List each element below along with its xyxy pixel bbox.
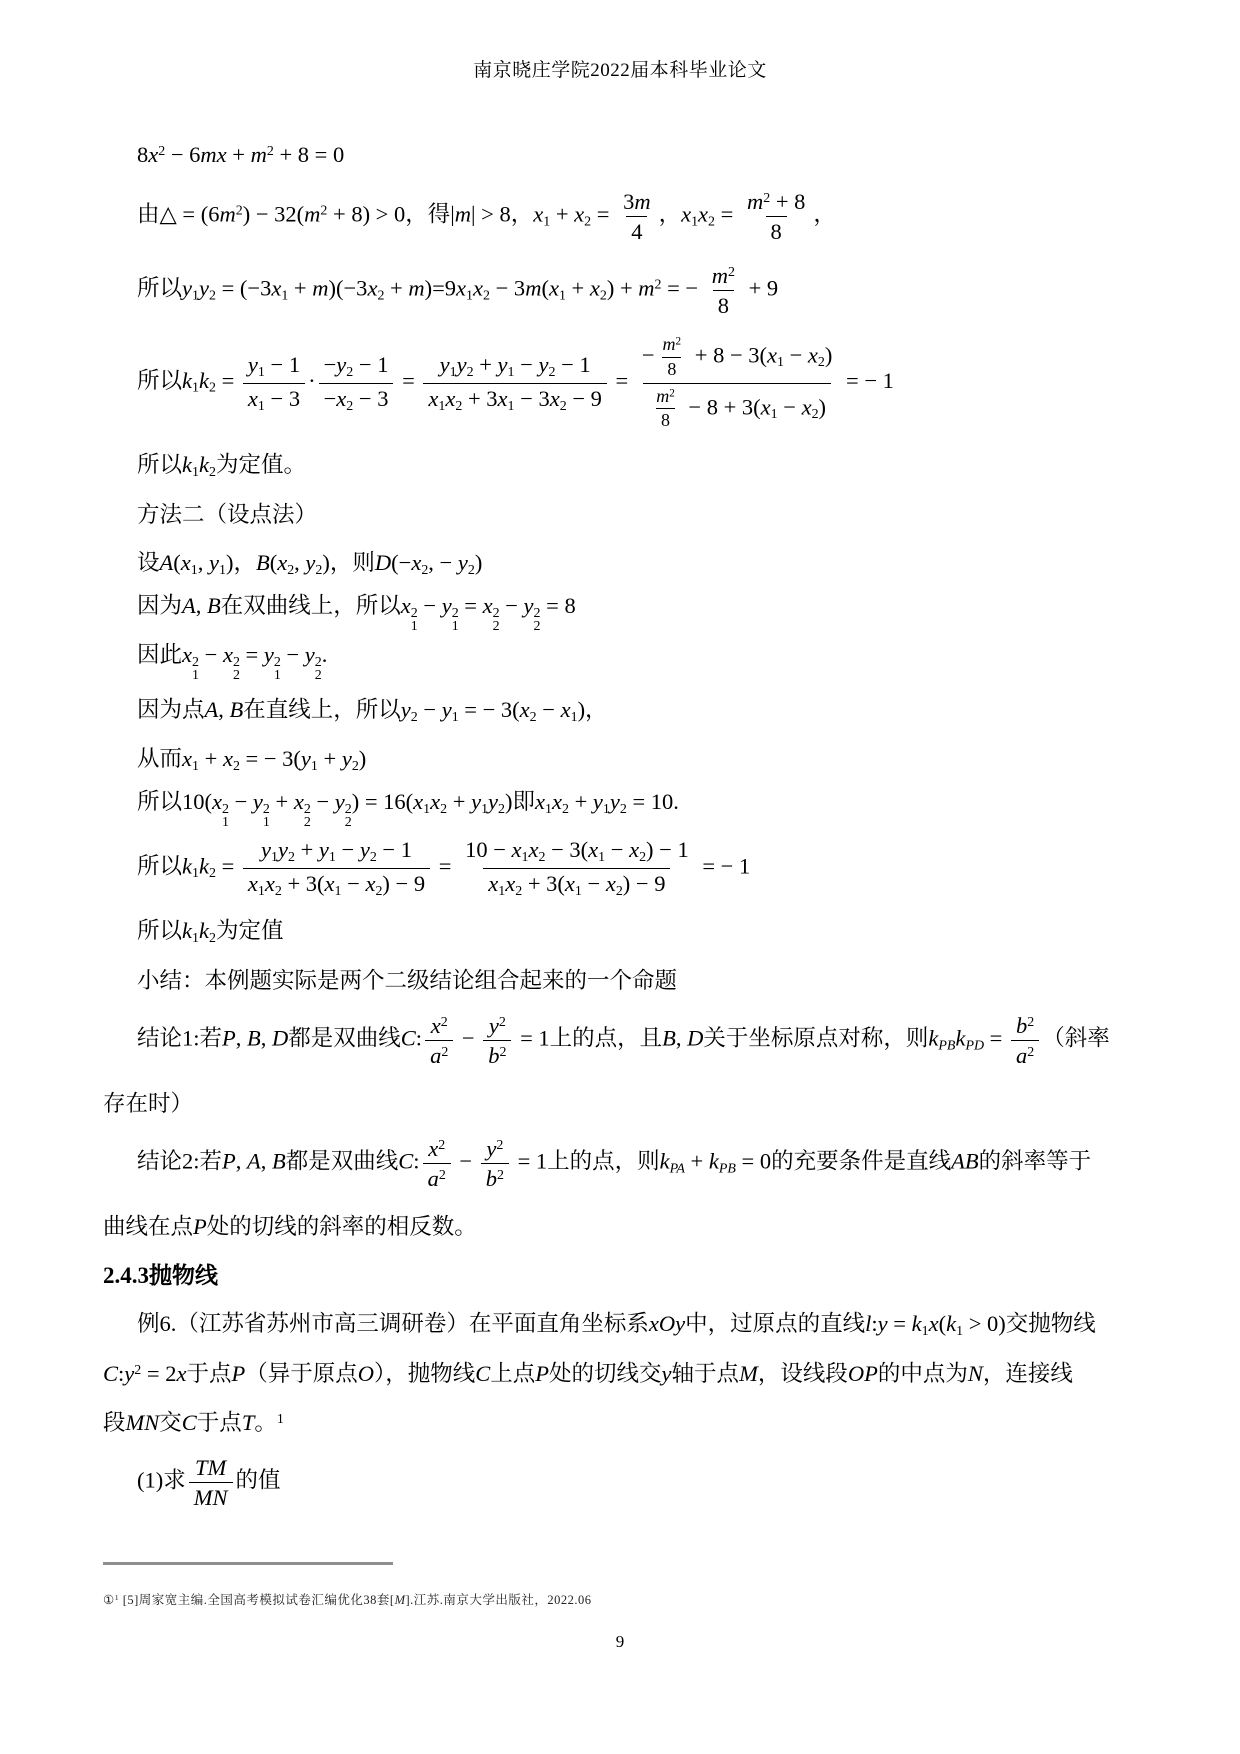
eq-sum-relation: 从而x1 + x2 = − 3(y1 + y2) <box>103 733 1143 782</box>
text-example6-line2-text: C:y2 = 2x于点P（异于原点O），抛物线C上点P处的切线交y轴于点M，设线… <box>103 1356 1073 1388</box>
text-summary-text: 小结：本例题实际是两个二级结论组合起来的一个命题 <box>103 963 677 995</box>
eq-difference-identity-text: 因此x21 − x22 = y21 − y22. <box>103 637 327 683</box>
text-k1k2-constant-1: 所以k1k2为定值。 <box>103 439 1143 488</box>
eq-k1k2-method1: 所以k1k2 = y1 − 1x1 − 3·−y2 − 1−x2 − 3 = y… <box>103 327 1143 439</box>
text-conclusion-2: 结论2:若P, A, B都是双曲线C:x2a2 − y2b2 = 1上的点，则k… <box>103 1126 1143 1200</box>
thesis-page: 南京晓庄学院2022届本科毕业论文 8x2 − 6mx + m2 + 8 = 0… <box>0 0 1240 1754</box>
text-example6-line3-text: 段MN交C于点T。1 <box>103 1405 284 1437</box>
heading-2-4-3-parabola: 2.4.3抛物线 <box>103 1249 1143 1298</box>
eq-line-condition-text: 因为点A, B在直线上，所以y2 − y1 = − 3(x2 − x1)， <box>103 692 608 726</box>
text-k1k2-constant-2-text: 所以k1k2为定值 <box>103 913 283 947</box>
eq-sum-relation-text: 从而x1 + x2 = − 3(y1 + y2) <box>103 741 366 775</box>
eq-k1k2-method1-text: 所以k1k2 = y1 − 1x1 − 3·−y2 − 1−x2 − 3 = y… <box>103 332 894 433</box>
text-example6-line1-text: 例6.（江苏省苏州市高三调研卷）在平面直角坐标系xOy中，过原点的直线l:y =… <box>103 1306 1096 1340</box>
eq-y1y2-product-text: 所以y1y2 = (−3x1 + m)(−3x2 + m)=9x1x2 − 3m… <box>103 261 778 320</box>
eq-discriminant-vieta-text: 由△ = (6m2) − 32(m2 + 8) > 0，得|m| > 8，x1 … <box>103 187 836 246</box>
eq-product-identity: 所以10(x21 − y21 + x22 − y22) = 16(x1x2 + … <box>103 782 1143 831</box>
page-number: 9 <box>0 1632 1240 1652</box>
eq-question-1: (1)求TMMN的值 <box>103 1445 1143 1519</box>
footnote-citation: ①1 [5]周家宽主编.全国高考模拟试卷汇编优化38套[M].江苏.南京大学出版… <box>103 1590 592 1608</box>
eq-discriminant-vieta: 由△ = (6m2) − 32(m2 + 8) > 0，得|m| > 8，x1 … <box>103 179 1143 253</box>
text-method2-title-text: 方法二（设点法） <box>103 497 317 529</box>
text-k1k2-constant-2: 所以k1k2为定值 <box>103 905 1143 954</box>
text-conclusion-2-cont-text: 曲线在点P处的切线的斜率的相反数。 <box>103 1209 477 1241</box>
text-example6-line3: 段MN交C于点T。1 <box>103 1396 1143 1445</box>
text-k1k2-constant-1-text: 所以k1k2为定值。 <box>103 447 306 481</box>
text-conclusion-1-cont-text: 存在时） <box>103 1086 193 1118</box>
eq-setup-points: 设A(x1, y1)，B(x2, y2)，则D(−x2, − y2) <box>103 537 1143 586</box>
text-conclusion-2-cont: 曲线在点P处的切线的斜率的相反数。 <box>103 1200 1143 1249</box>
eq-line-condition: 因为点A, B在直线上，所以y2 − y1 = − 3(x2 − x1)， <box>103 684 1143 733</box>
eq-quadratic-text: 8x2 − 6mx + m2 + 8 = 0 <box>103 142 344 168</box>
eq-question-1-text: (1)求TMMN的值 <box>103 1453 281 1512</box>
footnote-divider <box>103 1562 393 1565</box>
eq-hyperbola-condition-text: 因为A, B在双曲线上，所以x21 − y21 = x22 − y22 = 8 <box>103 588 576 634</box>
eq-quadratic: 8x2 − 6mx + m2 + 8 = 0 <box>103 130 1143 179</box>
body-content: 8x2 − 6mx + m2 + 8 = 0由△ = (6m2) − 32(m2… <box>103 130 1143 1519</box>
eq-setup-points-text: 设A(x1, y1)，B(x2, y2)，则D(−x2, − y2) <box>103 545 482 579</box>
heading-2-4-3-parabola-text: 2.4.3抛物线 <box>103 1257 218 1290</box>
text-conclusion-1-text: 结论1:若P, B, D都是双曲线C:x2a2 − y2b2 = 1上的点，且B… <box>103 1011 1110 1070</box>
eq-hyperbola-condition: 因为A, B在双曲线上，所以x21 − y21 = x22 − y22 = 8 <box>103 586 1143 635</box>
text-conclusion-2-text: 结论2:若P, A, B都是双曲线C:x2a2 − y2b2 = 1上的点，则k… <box>103 1134 1091 1193</box>
eq-k1k2-method2: 所以k1k2 = y1y2 + y1 − y2 − 1x1x2 + 3(x1 −… <box>103 831 1143 905</box>
eq-y1y2-product: 所以y1y2 = (−3x1 + m)(−3x2 + m)=9x1x2 − 3m… <box>103 253 1143 327</box>
text-method2-title: 方法二（设点法） <box>103 488 1143 537</box>
text-conclusion-1-cont: 存在时） <box>103 1077 1143 1126</box>
text-example6-line1: 例6.（江苏省苏州市高三调研卷）在平面直角坐标系xOy中，过原点的直线l:y =… <box>103 1298 1143 1347</box>
eq-k1k2-method2-text: 所以k1k2 = y1y2 + y1 − y2 − 1x1x2 + 3(x1 −… <box>103 835 750 901</box>
eq-product-identity-text: 所以10(x21 − y21 + x22 − y22) = 16(x1x2 + … <box>103 784 679 830</box>
page-header: 南京晓庄学院2022届本科毕业论文 <box>0 55 1240 82</box>
text-example6-line2: C:y2 = 2x于点P（异于原点O），抛物线C上点P处的切线交y轴于点M，设线… <box>103 1347 1143 1396</box>
text-conclusion-1: 结论1:若P, B, D都是双曲线C:x2a2 − y2b2 = 1上的点，且B… <box>103 1003 1143 1077</box>
text-summary: 小结：本例题实际是两个二级结论组合起来的一个命题 <box>103 954 1143 1003</box>
eq-difference-identity: 因此x21 − x22 = y21 − y22. <box>103 635 1143 684</box>
